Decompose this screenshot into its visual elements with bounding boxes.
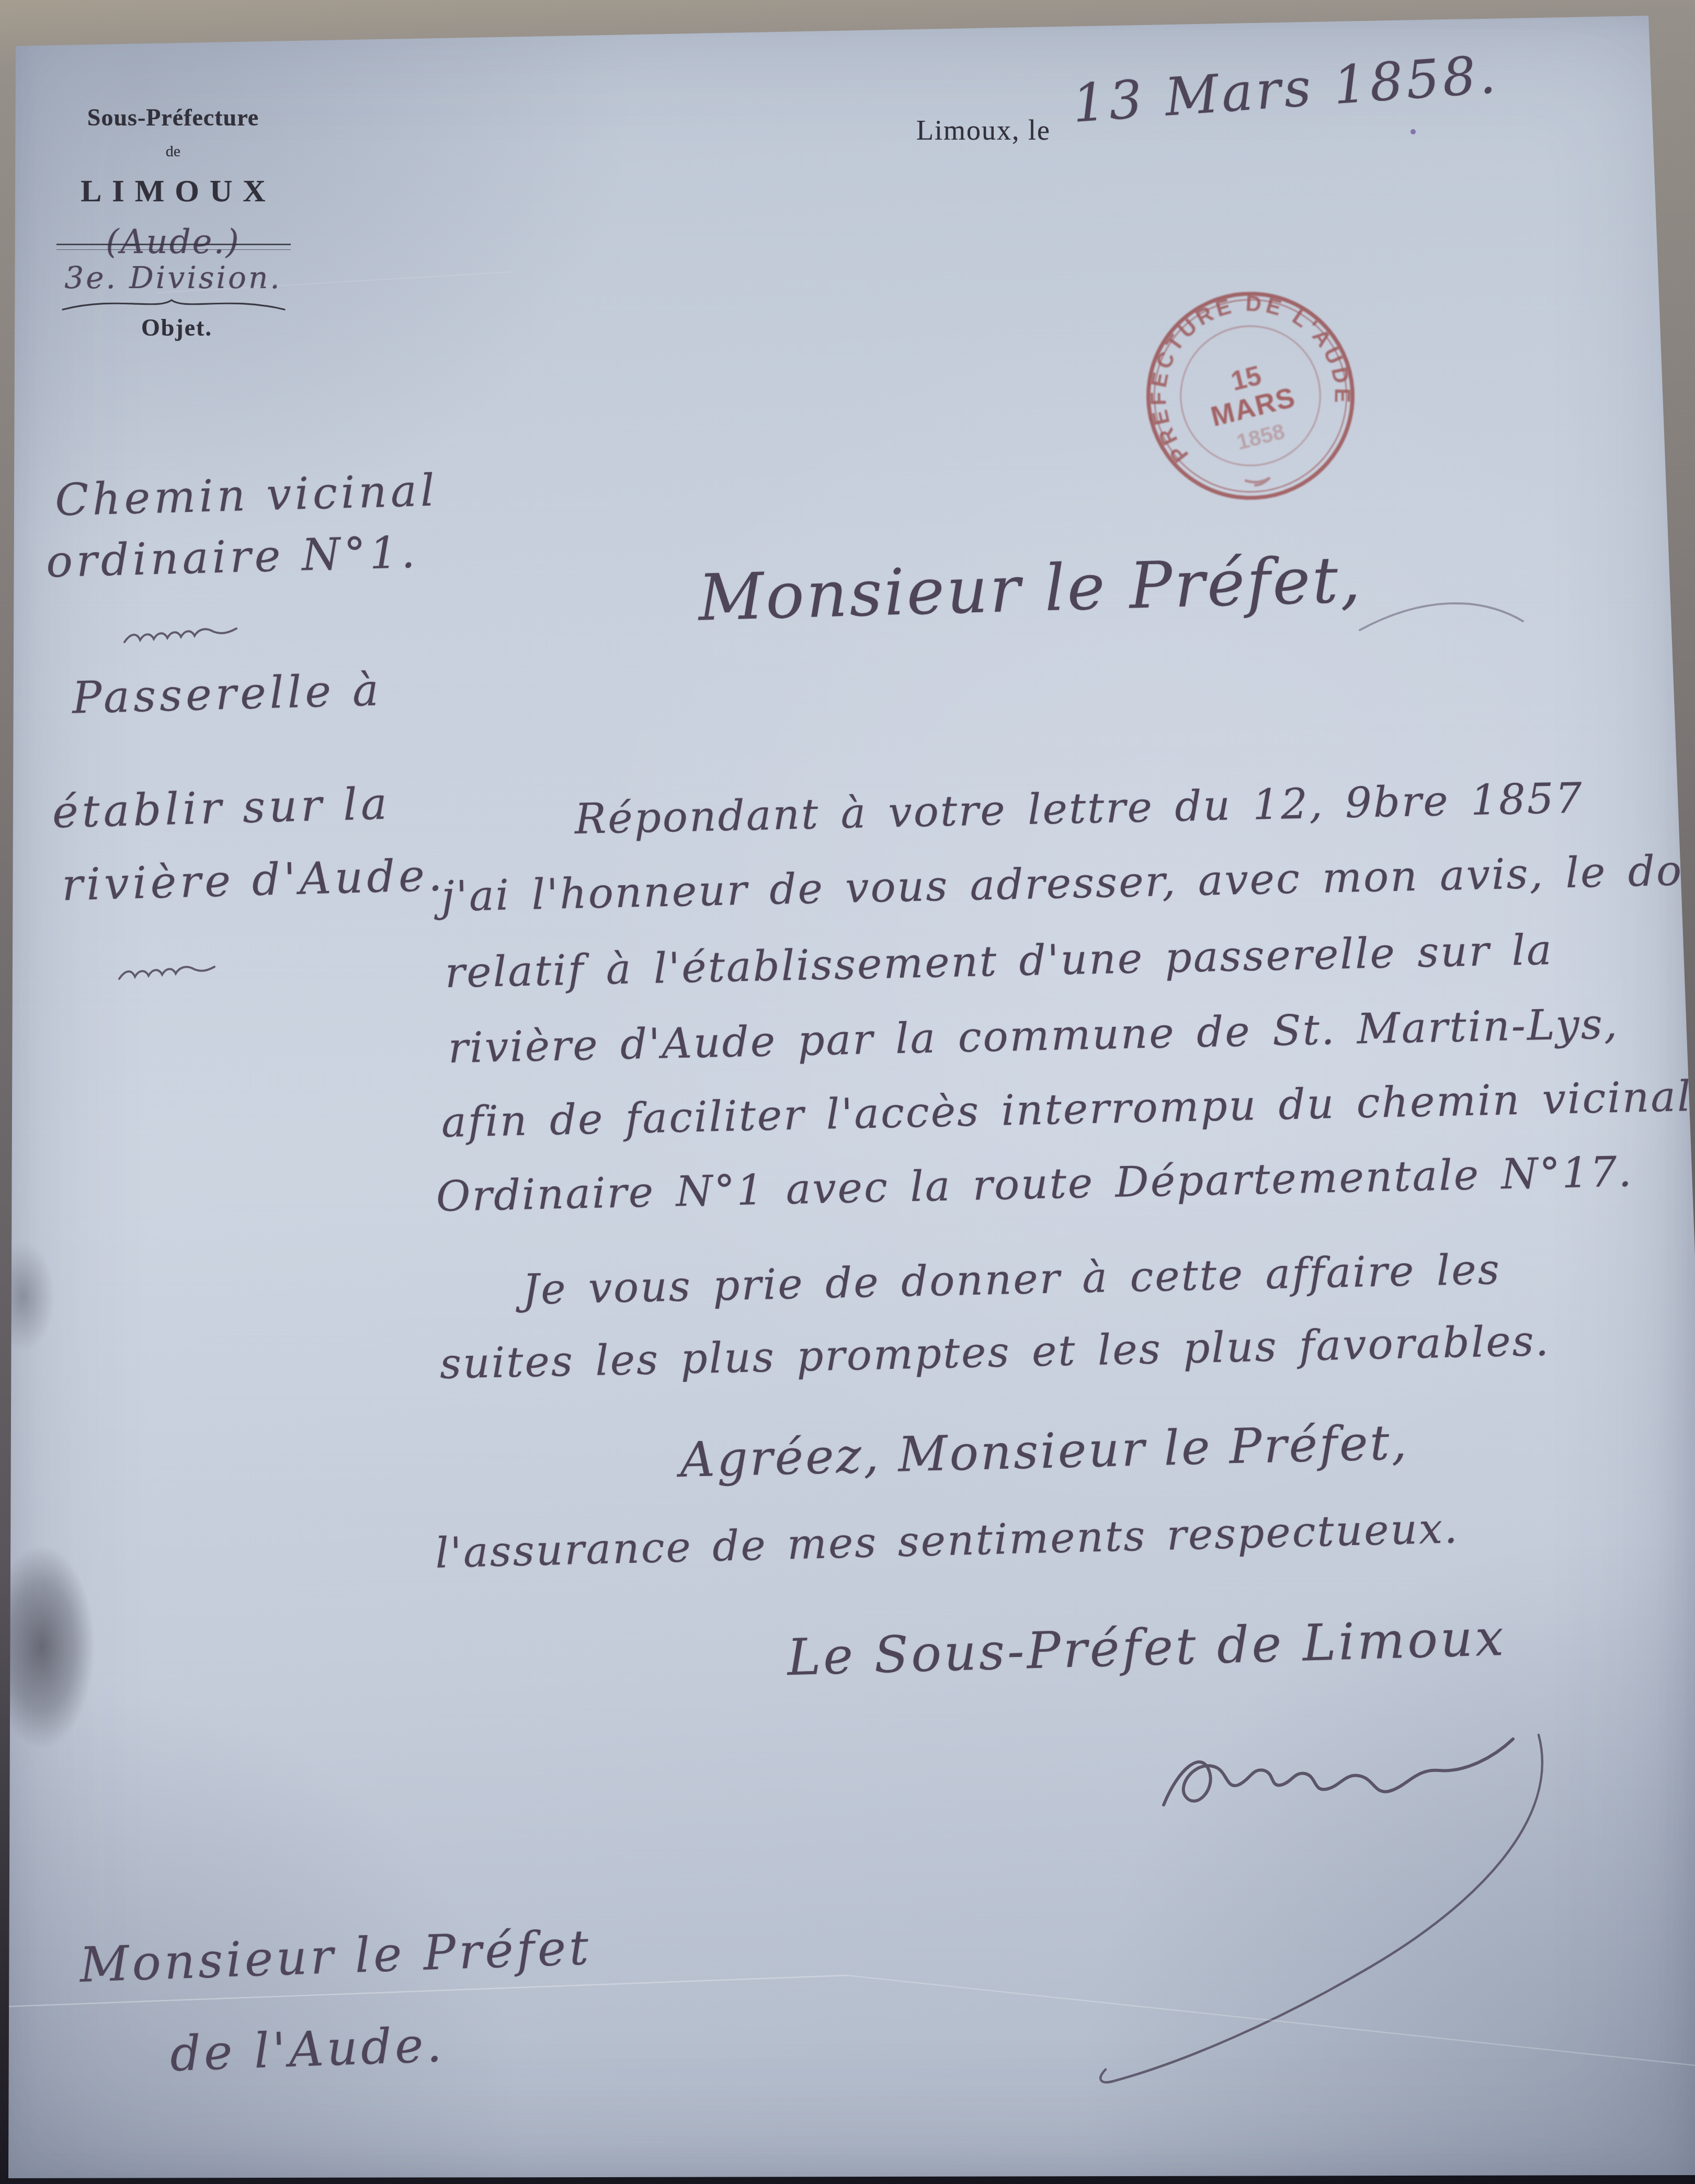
recipient-line: Monsieur le Préfet: [78, 1919, 592, 1993]
brace-ornament: [59, 293, 289, 316]
letterhead: Sous-Préfecture de LIMOUX (Aude.): [44, 104, 302, 261]
letterhead-double-rule: [56, 244, 291, 250]
ink-smudge: [0, 1506, 115, 1788]
signature-scrawl: [1164, 1739, 1513, 1805]
closing-line: l'assurance de mes sentiments respectueu…: [435, 1504, 1459, 1577]
objet-label: Objet.: [141, 314, 212, 341]
body-line: Ordinaire N°1 avec la route Départementa…: [436, 1147, 1634, 1221]
body-line: relatif à l'établissement d'une passerel…: [445, 925, 1554, 997]
objet-note-line: Chemin vicinal: [54, 464, 439, 525]
salutation-flourish: [1360, 603, 1523, 630]
body-line: suites les plus promptes et les plus fav…: [439, 1317, 1551, 1388]
letterhead-department: (Aude.): [44, 223, 302, 261]
signature-title: Le Sous-Préfet de Limoux: [787, 1608, 1507, 1687]
division-line: 3e. Division.: [44, 260, 302, 295]
body-line: Je vous prie de donner à cette affaire l…: [522, 1245, 1501, 1314]
body-line: j'ai l'honneur de vous adresser, avec mo…: [441, 844, 1695, 921]
body-line: afin de faciliter l'accès interrompu du …: [441, 1072, 1692, 1147]
prefecture-date-stamp: PRÉFECTURE DE L'AUDE 15 MARS 1858: [1112, 257, 1390, 535]
recipient-line: de l'Aude.: [169, 2017, 446, 2082]
signature-tail-stroke: [1100, 1735, 1542, 2083]
date-handwritten: 13 Mars 1858.: [1071, 43, 1500, 134]
stamp-bottom-ornament: [1245, 474, 1271, 488]
body-line: Répondant à votre lettre du 12, 9bre 185…: [574, 774, 1584, 843]
ink-dot: [1410, 129, 1416, 134]
photo-backdrop: { "palette":{ "paper":"#c8d0dd", "ink":"…: [0, 0, 1695, 2184]
objet-note-line: établir sur la: [52, 778, 391, 838]
objet-note-line: rivière d'Aude.: [61, 849, 447, 910]
objet-note-line: ordinaire N°1.: [45, 527, 419, 588]
letterhead-agency-line1: Sous-Préfecture: [44, 104, 302, 131]
objet-note-line: Passerelle à: [72, 664, 383, 723]
ink-smudge: [0, 1218, 68, 1375]
body-line: rivière d'Aude par la commune de St. Mar…: [448, 999, 1619, 1072]
closing-line: Agréez, Monsieur le Préfet,: [679, 1414, 1409, 1488]
date-printed: Limoux, le: [916, 114, 1051, 146]
letter-paper: Sous-Préfecture de LIMOUX (Aude.) 3e. Di…: [0, 0, 1695, 2184]
salutation: Monsieur le Préfet,: [697, 542, 1363, 635]
letterhead-city: LIMOUX: [44, 173, 302, 209]
letterhead-agency-line2: de: [44, 143, 302, 161]
